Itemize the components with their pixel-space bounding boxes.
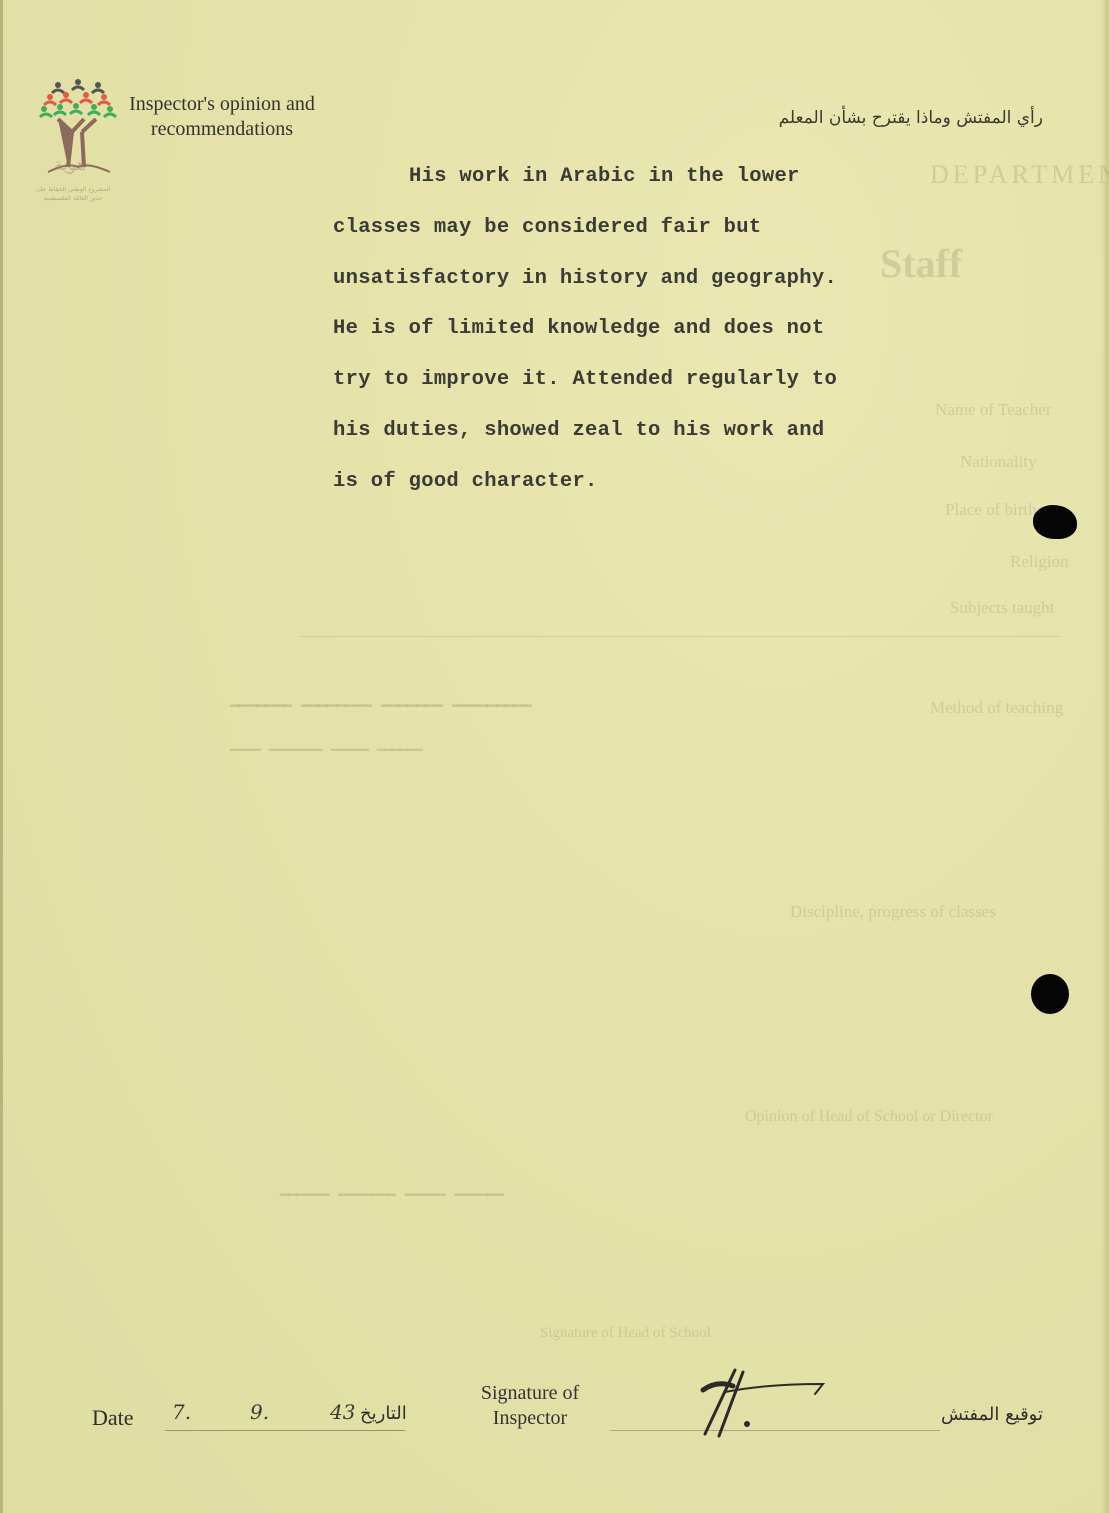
opinion-line: his duties, showed zeal to his work and <box>333 406 973 457</box>
bleed-through-handwriting-1: ـــــــــ ـــــــ ــــــــ ـــــــ <box>230 680 531 715</box>
signature-label-ar: توقيع المفتش <box>941 1404 1043 1425</box>
section-label-en: Inspector's opinion and recommendations <box>92 92 352 142</box>
section-label-line-2: recommendations <box>92 117 352 142</box>
opinion-line: try to improve it. Attended regularly to <box>333 355 973 406</box>
page-right-edge <box>1105 0 1109 1513</box>
date-label: Date <box>92 1405 134 1431</box>
opinion-line: unsatisfactory in history and geography. <box>333 254 973 305</box>
bleed-through-row-3: Religion <box>1010 552 1069 572</box>
date-day: 7. <box>172 1400 191 1424</box>
punch-hole-upper <box>1033 505 1077 539</box>
bleed-through-handwriting-2: ــــــ ـــــ ـــــــ ــــ <box>230 728 422 758</box>
opinion-line: is of good character. <box>333 457 973 508</box>
section-label-ar: رأي المفتش وماذا يقترح بشأن المعلم <box>779 108 1043 128</box>
date-underline <box>165 1430 405 1431</box>
bleed-through-row-5: Method of teaching <box>930 698 1063 718</box>
bleed-through-handwriting-3: ــــــ ـــــ ـــــــ ــــــ <box>280 1170 504 1203</box>
watermark-caption-line-2: جذور العائلة الفلسطينية <box>28 194 118 203</box>
opinion-line: He is of limited knowledge and does not <box>333 304 973 355</box>
watermark-arabic-word: هوية <box>54 155 86 175</box>
punch-hole-lower <box>1031 974 1069 1014</box>
date-year: 43 <box>330 1400 355 1424</box>
section-label-line-1: Inspector's opinion and <box>92 92 352 117</box>
opinion-line: classes may be considered fair but <box>333 203 973 254</box>
handwritten-signature-icon <box>695 1362 835 1442</box>
signature-label-line-1: Signature of <box>450 1381 610 1406</box>
date-month: 9. <box>250 1400 269 1424</box>
bleed-through-row-7: Opinion of Head of School or Director <box>745 1108 993 1126</box>
date-label-ar: التاريخ <box>360 1403 407 1424</box>
bleed-through-rule <box>300 636 1060 637</box>
watermark-caption-line-1: المشروع الوطني للحفاظ على <box>28 185 118 194</box>
page-left-edge <box>0 0 3 1513</box>
bleed-through-row-4: Subjects taught <box>950 598 1054 618</box>
opinion-line: His work in Arabic in the lower <box>333 152 973 203</box>
signature-label-line-2: Inspector <box>450 1406 610 1431</box>
watermark-caption: المشروع الوطني للحفاظ على جذور العائلة ا… <box>28 185 118 203</box>
inspector-opinion-text: His work in Arabic in the lower classes … <box>333 152 973 508</box>
bleed-through-footer: Signature of Head of School <box>540 1325 711 1342</box>
document-page: DEPARTMENT Staff Name of Teacher Nationa… <box>0 0 1109 1513</box>
signature-label: Signature of Inspector <box>450 1381 610 1431</box>
bleed-through-row-6: Discipline, progress of classes <box>790 902 996 922</box>
